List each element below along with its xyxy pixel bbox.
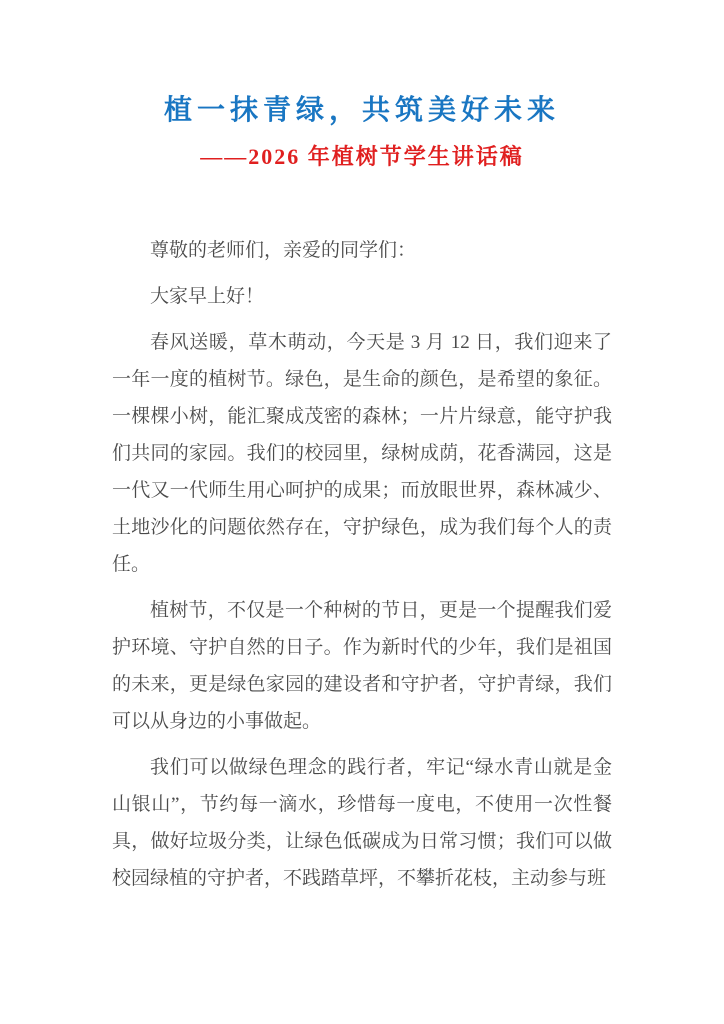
document-page: 植一抹青绿，共筑美好未来 ——2026 年植树节学生讲话稿 尊敬的老师们，亲爱的… (0, 0, 724, 1024)
document-body: 尊敬的老师们，亲爱的同学们： 大家早上好！ 春风送暖，草木萌动，今天是 3 月 … (112, 232, 612, 897)
document-subtitle: ——2026 年植树节学生讲话稿 (112, 142, 612, 172)
paragraph-body-2: 植树节，不仅是一个种树的节日，更是一个提醒我们爱护环境、守护自然的日子。作为新时… (112, 592, 612, 740)
document-title: 植一抹青绿，共筑美好未来 (112, 92, 612, 130)
paragraph-greeting: 大家早上好！ (112, 278, 612, 315)
document-header: 植一抹青绿，共筑美好未来 ——2026 年植树节学生讲话稿 (112, 92, 612, 172)
paragraph-salutation: 尊敬的老师们，亲爱的同学们： (112, 232, 612, 269)
paragraph-body-1: 春风送暖，草木萌动，今天是 3 月 12 日，我们迎来了一年一度的植树节。绿色，… (112, 324, 612, 583)
paragraph-body-3: 我们可以做绿色理念的践行者，牢记“绿水青山就是金山银山”，节约每一滴水，珍惜每一… (112, 749, 612, 897)
